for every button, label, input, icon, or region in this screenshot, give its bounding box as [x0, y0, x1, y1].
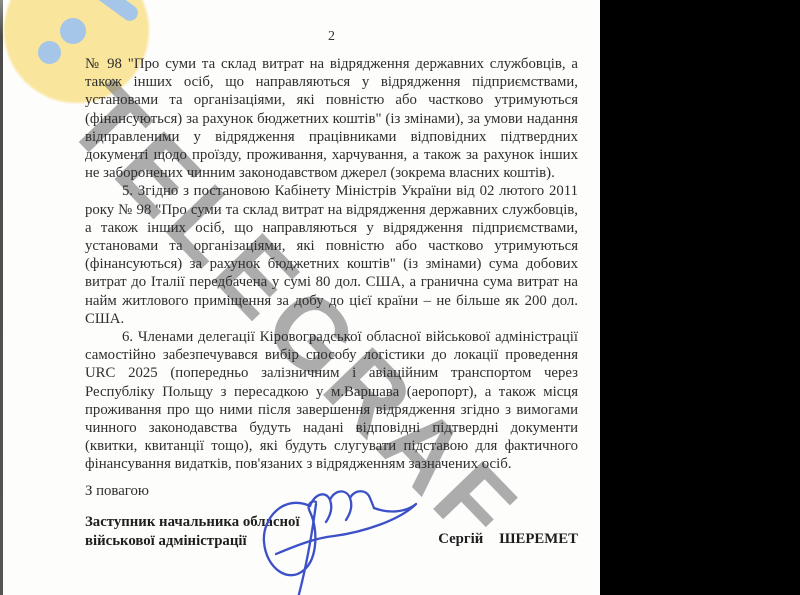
signature-stroke	[264, 501, 316, 575]
emblem-dot-icon	[38, 41, 61, 64]
handwritten-signature	[248, 490, 428, 595]
signature-stroke	[276, 504, 416, 554]
document-page: TELEGRAF 2 № 98 "Про суми та склад витра…	[0, 0, 600, 595]
document-body: № 98 "Про суми та склад витрат на відряд…	[85, 55, 578, 474]
paragraph: № 98 "Про суми та склад витрат на відряд…	[85, 55, 578, 182]
screenshot: TELEGRAF 2 № 98 "Про суми та склад витра…	[0, 0, 800, 595]
signature-stroke	[310, 491, 374, 522]
official-first-name: Сергій	[438, 531, 483, 547]
paragraph: 6. Членами делегації Кіровоградської обл…	[85, 328, 578, 474]
page-number: 2	[85, 29, 578, 45]
emblem-dot-icon	[60, 18, 86, 44]
paragraph: 5. Згідно з постановою Кабінету Міністрі…	[85, 182, 578, 328]
official-last-name: ШЕРЕМЕТ	[499, 531, 578, 547]
official-name: СергійШЕРЕМЕТ	[438, 530, 578, 549]
